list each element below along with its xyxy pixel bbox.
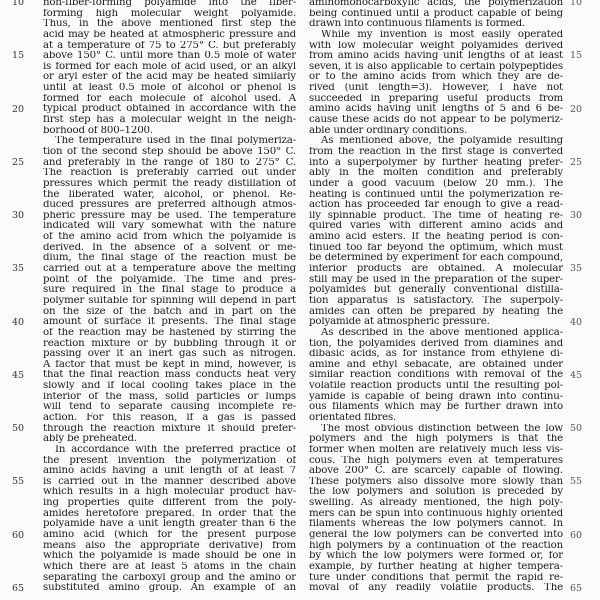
text-line: the low polymers and solution is precede… [309, 487, 563, 498]
line-number-left: 65 [12, 584, 24, 595]
text-line: with low molecular weight polyamides der… [309, 41, 563, 52]
text-line: interior of the mass, solid particles or… [43, 392, 296, 403]
text-line: of the amino acid from which the polyami… [43, 232, 296, 243]
text-line: non-fiber-forming polyamide into the fib… [43, 0, 296, 9]
text-line: dibasic acids, as for instance from ethy… [309, 349, 563, 360]
patent-page: non-fiber-forming polyamide into the fib… [0, 0, 600, 600]
text-line: from the reaction in the first stage is … [309, 147, 563, 158]
text-line: above 150° C. until more than 0.5 mole o… [43, 51, 296, 62]
text-line: polyamide have a unit length greater tha… [43, 519, 296, 530]
text-line: As described in the above mentioned appl… [309, 328, 563, 339]
text-line: polyamides but generally conventional di… [309, 285, 563, 296]
text-line: mers can be spun into continuous highly … [309, 509, 563, 520]
line-number-left: 55 [12, 477, 24, 488]
text-line: ing properties quite different from the … [43, 498, 296, 509]
line-number-left: 60 [12, 531, 24, 542]
text-line: will tend to separate causing incomplete… [43, 402, 296, 413]
text-line: polymer suitable for spinning will depen… [43, 296, 296, 307]
line-number-left: 30 [12, 211, 24, 222]
text-line: the liberated water, alcohol, or phenol.… [43, 190, 296, 201]
text-line: be determined by experiment for each com… [309, 253, 563, 264]
text-line: amides heretofore prepared. In order tha… [43, 509, 296, 520]
text-line: through the reaction mixture it should p… [43, 424, 296, 435]
text-line: general the low polymers can be converte… [309, 530, 563, 541]
text-line: ably in the molten condition and prefera… [309, 168, 563, 179]
text-line: slowly and if local cooling takes place … [43, 381, 296, 392]
text-line: is carried out in the manner described a… [43, 477, 296, 488]
line-number-right: 65 [570, 584, 582, 595]
line-number-right: 20 [570, 105, 582, 116]
text-line: volatile reaction products until the res… [309, 381, 563, 392]
text-line: amino acid esters. If the heating period… [309, 232, 563, 243]
text-line: amine and ethyl sebacate, are obtained u… [309, 360, 563, 371]
text-line: or to the amino acids from which they ar… [309, 72, 563, 83]
text-line: of the reaction may be hastened by stirr… [43, 328, 296, 339]
text-line: similar reaction conditions with removal… [309, 370, 563, 381]
text-line: reaction mixture or by bubbling through … [43, 339, 296, 350]
text-line: rived (unit length=3). However, I have n… [309, 83, 563, 94]
line-number-left: 10 [12, 0, 24, 9]
text-line: acid may be heated at atmospheric pressu… [43, 30, 296, 41]
text-line: These polymers also dissolve more slowly… [309, 477, 563, 488]
text-line: borhood of 800–1200. [43, 126, 296, 137]
text-line: ably be preheated. [43, 434, 296, 445]
text-line: point of the polyamide. The time and pre… [43, 275, 296, 286]
text-line: carried out at a temperature above the m… [43, 264, 296, 275]
text-line: or aryl ester of the acid may be heated … [43, 72, 296, 83]
text-line: succeeded in preparing useful products f… [309, 94, 563, 105]
text-line: first step has a molecular weight in the… [43, 115, 296, 126]
left-column: non-fiber-forming polyamide into the fib… [43, 0, 296, 594]
text-line: amount of surface it presents. The final… [43, 317, 296, 328]
text-line: tion apparatus is satisfactory. The supe… [309, 296, 563, 307]
text-line: from amino acids having unit lengths of … [309, 51, 563, 62]
text-line: tion of the second step should be above … [43, 147, 296, 158]
text-line: the present invention the polymerization… [43, 456, 296, 467]
text-line: typical product obtained in accordance w… [43, 104, 296, 115]
line-number-right: 45 [570, 371, 582, 382]
text-line: polymers and the high polymers is that t… [309, 434, 563, 445]
text-line: above 200° C. are scarcely capable of fl… [309, 466, 563, 477]
line-number-right: 40 [570, 318, 582, 329]
text-line: sure required in the final stage to prod… [43, 285, 296, 296]
text-line: until at least 0.5 mole of alcohol or ph… [43, 83, 296, 94]
text-line: seven, it is also applicable to certain … [309, 62, 563, 73]
text-line: aminomonocarboxylic acids, the polymeriz… [309, 0, 563, 9]
text-line: amides can often be prepared by heating … [309, 307, 563, 318]
text-line: ture under conditions that permit the ra… [309, 573, 563, 584]
text-line: moval of any readily volatile products. … [309, 583, 563, 594]
text-line: which results in a high molecular produc… [43, 487, 296, 498]
text-line: under a good vacuum (below 20 mm.). The [309, 179, 563, 190]
text-line: formed for each molecule of alcohol used… [43, 94, 296, 105]
text-line: being continued until a product capable … [309, 9, 563, 20]
text-line: at a temperature of 75 to 275° C. but pr… [43, 41, 296, 52]
text-line: on the size of the batch and in part on … [43, 307, 296, 318]
text-line: means also the appropriate derivative) f… [43, 541, 296, 552]
text-line: substituted amino group. An example of a… [43, 583, 296, 594]
text-line: duced pressures are preferred although a… [43, 200, 296, 211]
text-line: tinued too far beyond the optimum, which… [309, 243, 563, 254]
text-line: by which the low polymers were formed or… [309, 551, 563, 562]
text-line: action. For this reason, if a gas is pas… [43, 413, 296, 424]
text-line: still may be used in the preparation of … [309, 275, 563, 286]
text-line: drawn into continuous filaments is forme… [309, 19, 563, 30]
text-line: orientated fibres. [309, 413, 563, 424]
text-line: The reaction is preferably carried out u… [43, 168, 296, 179]
text-line: tion, the polyamides derived from diamin… [309, 339, 563, 350]
text-line: indicated will vary somewhat with the na… [43, 221, 296, 232]
text-line: which the polyamide is made should be on… [43, 551, 296, 562]
right-column: aminomonocarboxylic acids, the polymeriz… [309, 0, 563, 594]
line-number-left: 45 [12, 371, 24, 382]
line-number-left: 20 [12, 105, 24, 116]
text-line: and preferably in the range of 180 to 27… [43, 158, 296, 169]
text-line: high polymers by a continuation of the r… [309, 541, 563, 552]
line-number-left: 15 [12, 51, 24, 62]
line-number-right: 60 [570, 531, 582, 542]
text-line: into a superpolymer by further heating p… [309, 158, 563, 169]
line-number-left: 25 [12, 158, 24, 169]
text-line: polyamide at atmospheric pressure. [309, 317, 563, 328]
line-number-right: 10 [570, 0, 582, 9]
text-line: amino acid (which for the present purpos… [43, 530, 296, 541]
text-line: ous filaments which may be further drawn… [309, 402, 563, 413]
text-line: A factor that must be kept in mind, howe… [43, 360, 296, 371]
text-line: which there are at least 5 atoms in the … [43, 562, 296, 573]
text-line: able under ordinary conditions. [309, 126, 563, 137]
line-number-left: 35 [12, 264, 24, 275]
text-line: heating is continued until the polymeriz… [309, 190, 563, 201]
text-line: passing over it an inert gas such as nit… [43, 349, 296, 360]
text-line: The most obvious distinction between the… [309, 424, 563, 435]
line-number-right: 25 [570, 158, 582, 169]
text-line: In accordance with the preferred practic… [43, 445, 296, 456]
text-line: filaments whereas the low polymers canno… [309, 519, 563, 530]
text-line: is formed for each mole of acid used, or… [43, 62, 296, 73]
text-line: pressures which permit the ready distill… [43, 179, 296, 190]
text-line: While my invention is most easily operat… [309, 30, 563, 41]
text-line: pheric pressure may be used. The tempera… [43, 211, 296, 222]
text-line: inferior products are obtained. A molecu… [309, 264, 563, 275]
text-line: Thus, in the above mentioned first step … [43, 19, 296, 30]
text-line: cous. The high polymers even at temperat… [309, 456, 563, 467]
text-line: cause these acids do not appear to be po… [309, 115, 563, 126]
text-line: forming high molecular weight polyamide. [43, 9, 296, 20]
line-number-right: 35 [570, 264, 582, 275]
line-number-right: 30 [570, 211, 582, 222]
text-line: example, by further heating at higher te… [309, 562, 563, 573]
text-line: The temperature used in the final polyme… [43, 136, 296, 147]
text-line: ily spinnable product. The time of heati… [309, 211, 563, 222]
text-line: amino acids having unit lengths of 5 and… [309, 104, 563, 115]
text-line: action has proceeded far enough to give … [309, 200, 563, 211]
text-line: yamide is capable of being drawn into co… [309, 392, 563, 403]
text-line: that the final reaction mass conducts he… [43, 370, 296, 381]
line-number-left: 40 [12, 318, 24, 329]
line-number-left: 50 [12, 424, 24, 435]
text-line: separating the carboxyl group and the am… [43, 573, 296, 584]
text-line: quired varies with different amino acids… [309, 221, 563, 232]
text-line: amino acids having a unit length of at l… [43, 466, 296, 477]
text-line: derived. In the absence of a solvent or … [43, 243, 296, 254]
line-number-right: 50 [570, 424, 582, 435]
line-number-right: 55 [570, 477, 582, 488]
line-number-right: 15 [570, 51, 582, 62]
text-line: dium, the final stage of the reaction mu… [43, 253, 296, 264]
text-line: former when molten are relatively much l… [309, 445, 563, 456]
text-line: As mentioned above, the polyamide result… [309, 136, 563, 147]
text-line: swelling. As already mentioned, the high… [309, 498, 563, 509]
